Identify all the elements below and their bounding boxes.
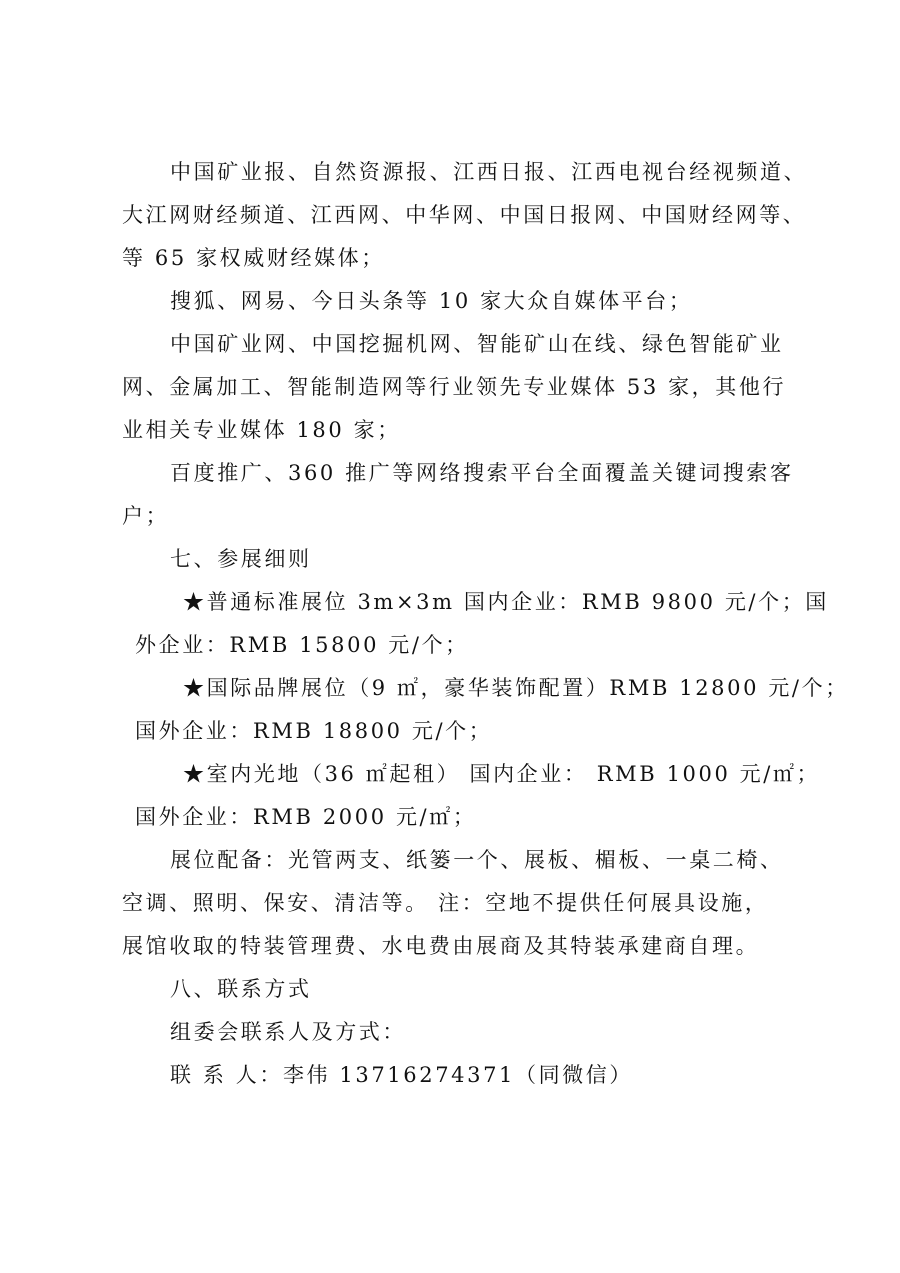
brand-booth-line-2: 国外企业：RMB 18800 元/个； <box>135 717 492 745</box>
industry-media-line-3: 业相关专业媒体 180 家； <box>122 416 401 444</box>
booth-equipment-line-3: 展馆收取的特装管理费、水电费由展商及其特装承建商自理。 <box>122 932 759 960</box>
media-list-line-2: 大江网财经频道、江西网、中华网、中国日报网、中国财经网等、 <box>122 201 806 229</box>
booth-equipment-line-1: 展位配备：光管两支、纸篓一个、展板、楣板、一桌二椅、 <box>170 846 784 874</box>
standard-booth-line-1: ★普通标准展位 3m×3m 国内企业：RMB 9800 元/个；国 <box>183 588 829 616</box>
standard-booth-line-2: 外企业：RMB 15800 元/个； <box>135 631 469 659</box>
search-promo-line-2: 户； <box>122 502 169 530</box>
document-page: 中国矿业报、自然资源报、江西日报、江西电视台经视频道、 大江网财经频道、江西网、… <box>0 0 900 1273</box>
contact-person-line: 联 系 人：李伟 13716274371（同微信） <box>170 1061 633 1089</box>
organizer-contact-label: 组委会联系人及方式： <box>170 1018 406 1046</box>
media-list-line-3: 等 65 家权威财经媒体； <box>122 244 385 272</box>
booth-equipment-line-2: 空调、照明、保安、清洁等。 注：空地不提供任何展具设施， <box>122 889 768 917</box>
industry-media-line-2: 网、金属加工、智能制造网等行业领先专业媒体 53 家，其他行 <box>122 373 786 401</box>
brand-booth-line-1: ★国际品牌展位（9 ㎡，豪华装饰配置）RMB 12800 元/个； <box>183 674 849 702</box>
industry-media-line-1: 中国矿业网、中国挖掘机网、智能矿山在线、绿色智能矿业 <box>170 330 784 358</box>
media-list-line-1: 中国矿业报、自然资源报、江西日报、江西电视台经视频道、 <box>170 158 807 186</box>
self-media-line: 搜狐、网易、今日头条等 10 家大众自媒体平台； <box>170 287 692 315</box>
search-promo-line-1: 百度推广、360 推广等网络搜索平台全面覆盖关键词搜索客 <box>170 459 794 487</box>
section-heading-contact: 八、联系方式 <box>170 975 312 1003</box>
raw-space-line-1: ★室内光地（36 ㎡起租） 国内企业： RMB 1000 元/㎡； <box>183 760 820 788</box>
section-heading-exhibition-rules: 七、参展细则 <box>170 545 312 573</box>
raw-space-line-2: 国外企业：RMB 2000 元/㎡； <box>135 803 476 831</box>
